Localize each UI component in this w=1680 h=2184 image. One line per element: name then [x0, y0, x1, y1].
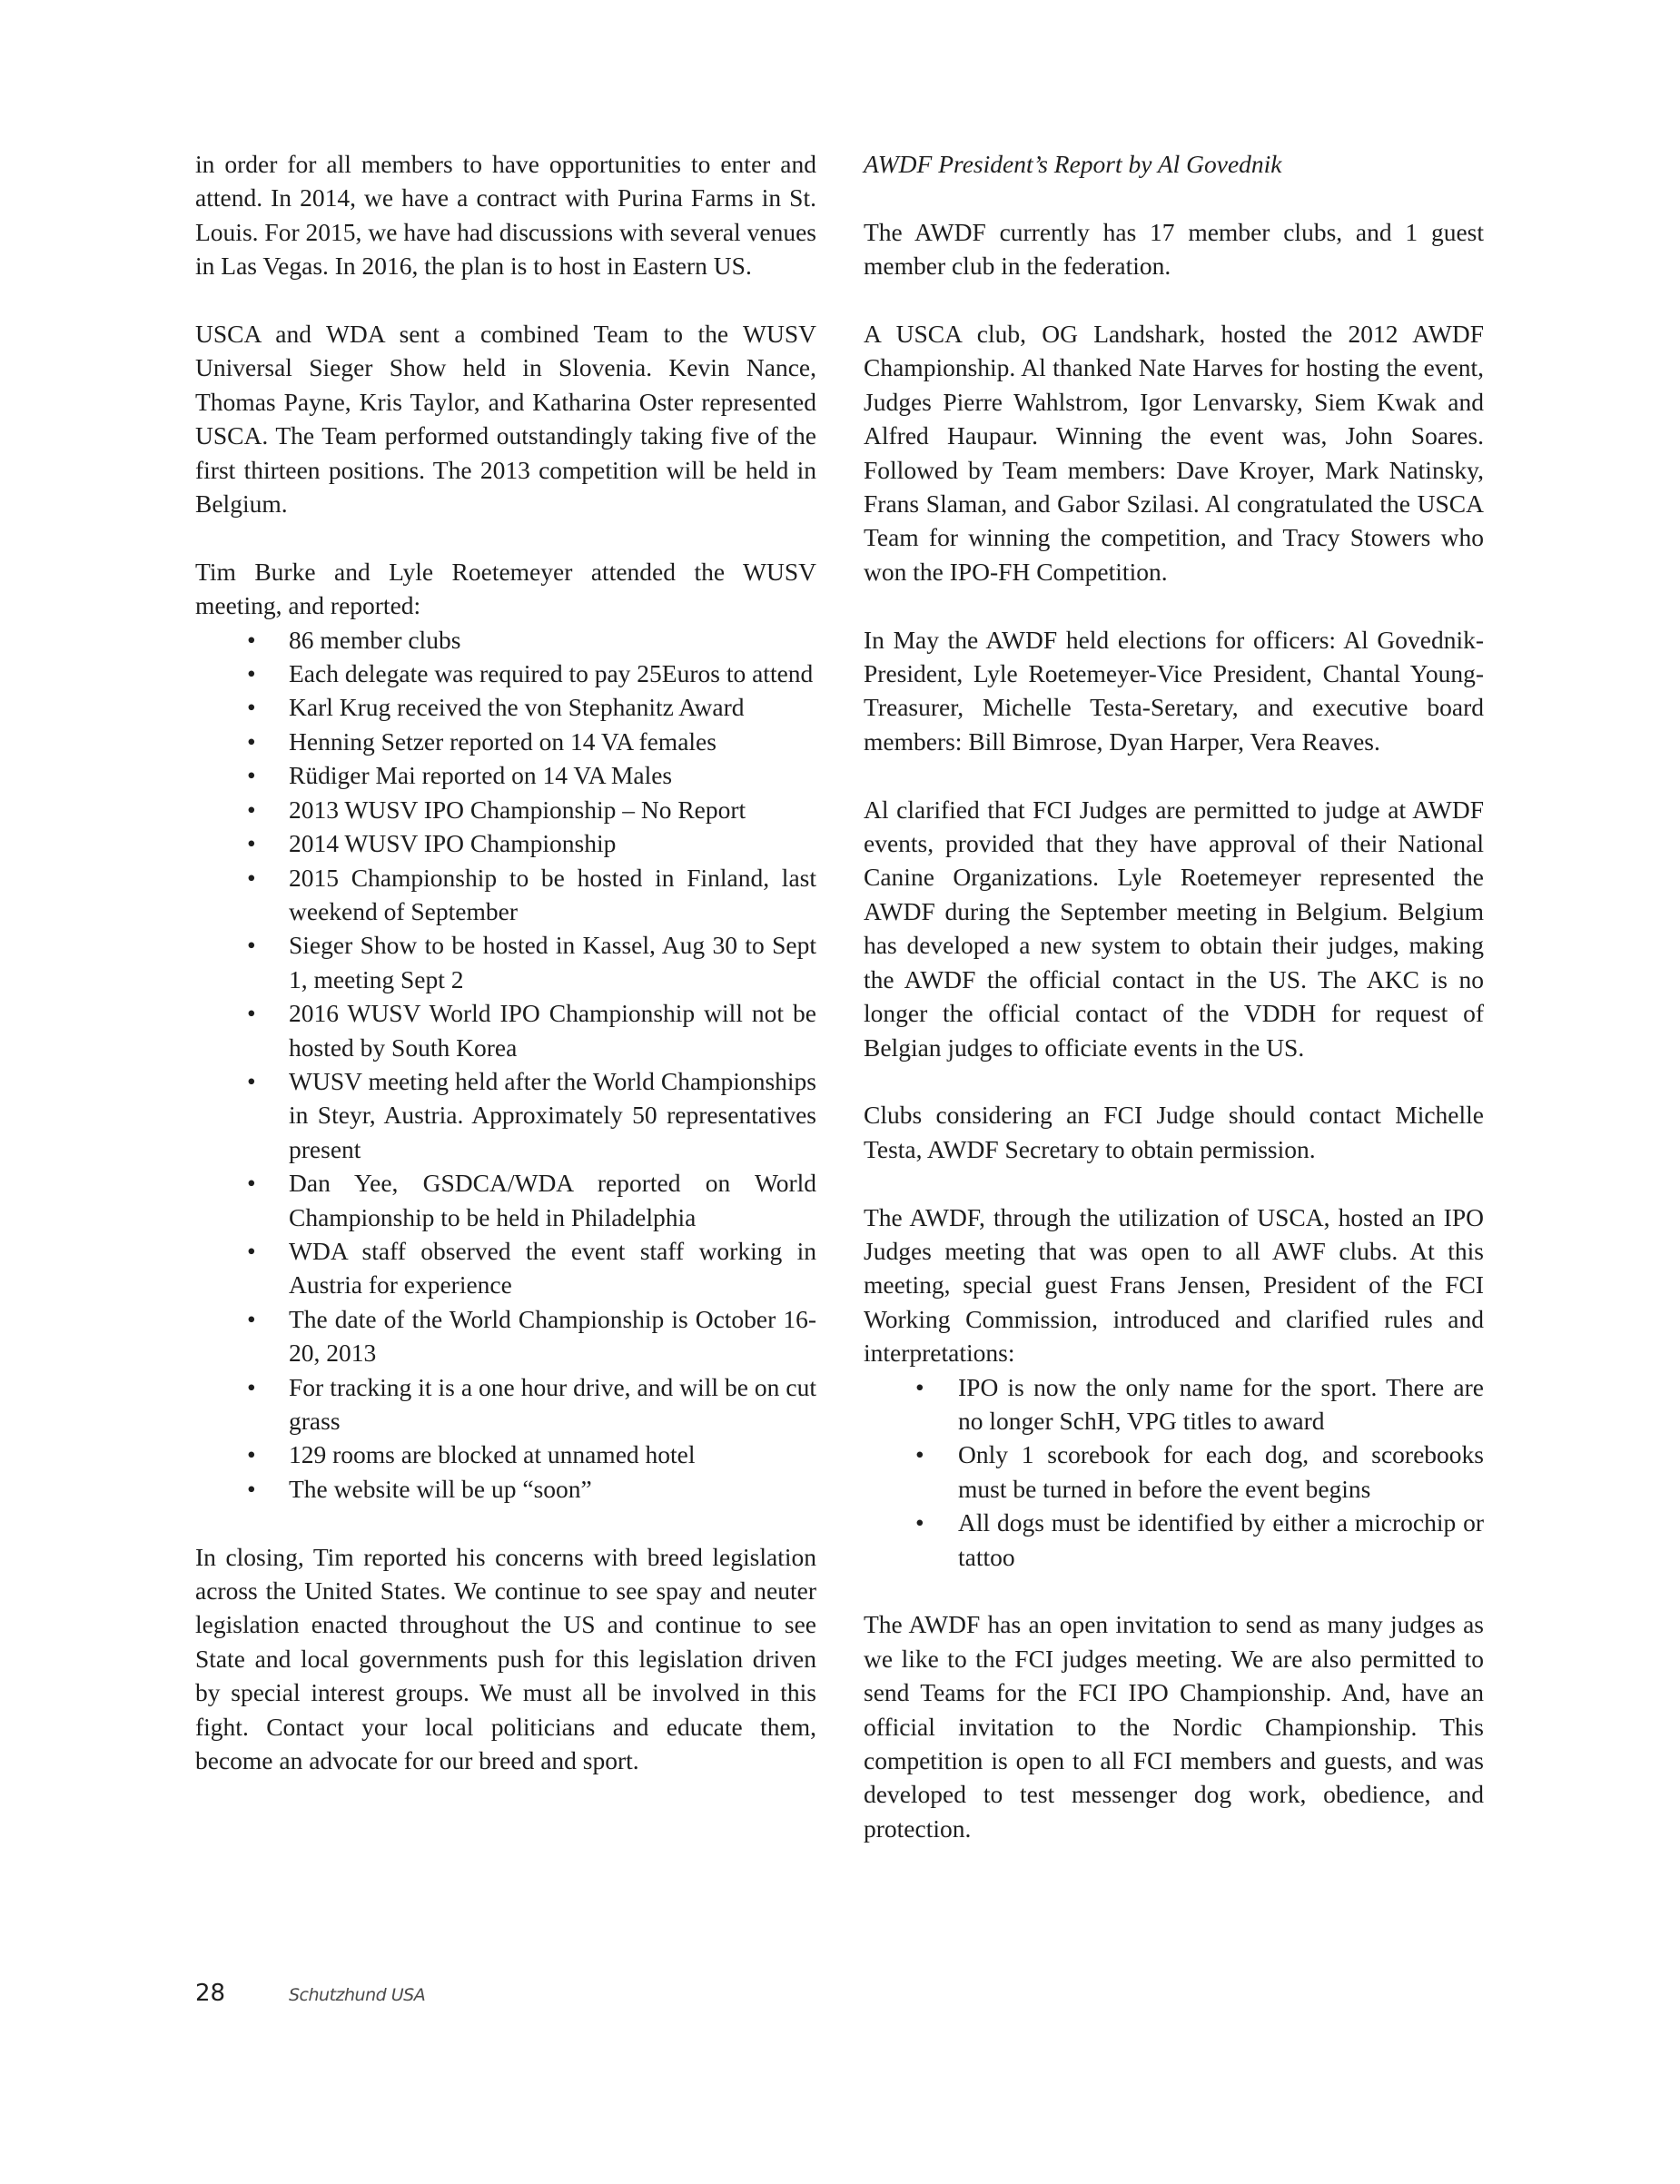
page-number: 28	[195, 1980, 289, 2007]
paragraph-sieger-show-team: USCA and WDA sent a combined Team to the…	[195, 317, 816, 520]
list-item: •The website will be up “soon”	[195, 1472, 816, 1506]
list-item: •Henning Setzer reported on 14 VA female…	[195, 725, 816, 758]
list-item: •86 member clubs	[195, 623, 816, 657]
list-item: •WUSV meeting held after the World Champ…	[195, 1064, 816, 1166]
paragraph-contact-secretary: Clubs considering an FCI Judge should co…	[864, 1098, 1484, 1166]
paragraph-ipo-judges-meeting: The AWDF, through the utilization of USC…	[864, 1201, 1484, 1370]
list-item: •Karl Krug received the von Stephanitz A…	[195, 690, 816, 724]
bullet-icon: •	[915, 1370, 924, 1404]
section-heading: AWDF President’s Report by Al Govednik	[864, 147, 1484, 181]
list-item: •For tracking it is a one hour drive, an…	[195, 1370, 816, 1438]
paragraph-fci-judges: Al clarified that FCI Judges are permitt…	[864, 793, 1484, 1064]
list-item: •Rüdiger Mai reported on 14 VA Males	[195, 758, 816, 792]
bullet-icon: •	[247, 623, 256, 657]
list-item: •Sieger Show to be hosted in Kassel, Aug…	[195, 928, 816, 996]
list-item: •Dan Yee, GSDCA/WDA reported on World Ch…	[195, 1166, 816, 1234]
bullet-icon: •	[247, 793, 256, 826]
bullet-icon: •	[915, 1506, 924, 1539]
ipo-rules-list: •IPO is now the only name for the sport.…	[864, 1370, 1484, 1574]
bullet-icon: •	[247, 690, 256, 724]
list-item: •Only 1 scorebook for each dog, and scor…	[864, 1438, 1484, 1506]
bullet-icon: •	[247, 725, 256, 758]
bullet-icon: •	[247, 1234, 256, 1268]
list-item: •129 rooms are blocked at unnamed hotel	[195, 1438, 816, 1471]
list-item: •All dogs must be identified by either a…	[864, 1506, 1484, 1574]
bullet-icon: •	[247, 1166, 256, 1200]
list-item: •2016 WUSV World IPO Championship will n…	[195, 996, 816, 1064]
publication-name: Schutzhund USA	[289, 1985, 425, 2005]
magazine-page: in order for all members to have opportu…	[0, 0, 1680, 2184]
list-item: •Each delegate was required to pay 25Eur…	[195, 657, 816, 690]
bullet-icon: •	[247, 928, 256, 962]
list-item: •2013 WUSV IPO Championship – No Report	[195, 793, 816, 826]
bullet-icon: •	[247, 1064, 256, 1098]
paragraph-wusv-meeting-intro: Tim Burke and Lyle Roetemeyer attended t…	[195, 555, 816, 623]
paragraph-venues: in order for all members to have opportu…	[195, 147, 816, 283]
paragraph-elections: In May the AWDF held elections for offic…	[864, 623, 1484, 759]
paragraph-invitations: The AWDF has an open invitation to send …	[864, 1607, 1484, 1845]
right-column: AWDF President’s Report by Al Govednik T…	[864, 147, 1484, 1845]
bullet-icon: •	[247, 758, 256, 792]
paragraph-member-clubs: The AWDF currently has 17 member clubs, …	[864, 215, 1484, 283]
bullet-icon: •	[247, 996, 256, 1030]
wusv-report-list: •86 member clubs •Each delegate was requ…	[195, 623, 816, 1507]
paragraph-2012-championship: A USCA club, OG Landshark, hosted the 20…	[864, 317, 1484, 588]
bullet-icon: •	[247, 1302, 256, 1336]
list-item: •2015 Championship to be hosted in Finla…	[195, 861, 816, 929]
bullet-icon: •	[247, 861, 256, 894]
list-item: •2014 WUSV IPO Championship	[195, 826, 816, 860]
bullet-icon: •	[247, 1438, 256, 1471]
bullet-icon: •	[247, 1472, 256, 1506]
list-item: •IPO is now the only name for the sport.…	[864, 1370, 1484, 1438]
bullet-icon: •	[247, 1370, 256, 1404]
bullet-icon: •	[915, 1438, 924, 1471]
left-column: in order for all members to have opportu…	[195, 147, 816, 1812]
list-item: •The date of the World Championship is O…	[195, 1302, 816, 1370]
bullet-icon: •	[247, 657, 256, 690]
bullet-icon: •	[247, 826, 256, 860]
page-footer: 28 Schutzhund USA	[195, 1980, 425, 2007]
paragraph-closing: In closing, Tim reported his concerns wi…	[195, 1540, 816, 1778]
list-item: •WDA staff observed the event staff work…	[195, 1234, 816, 1302]
